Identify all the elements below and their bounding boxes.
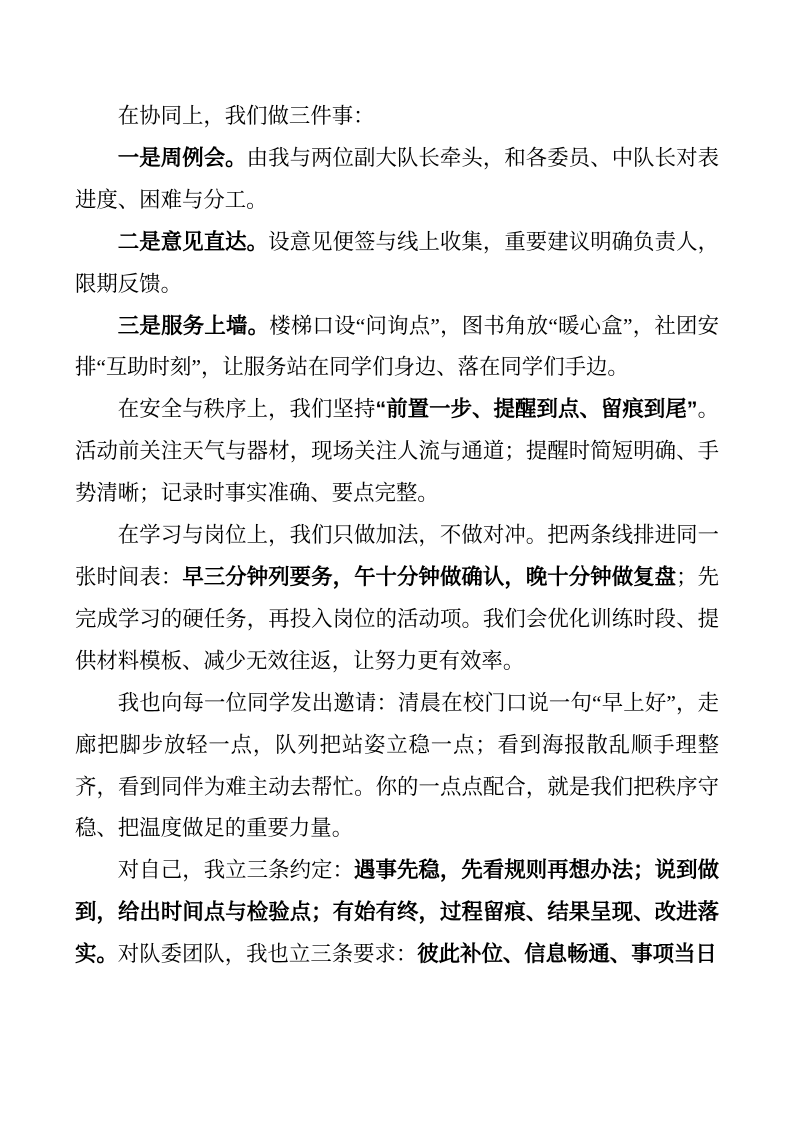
paragraph: 一是周例会。由我与两位副大队长牵头，和各委员、中队长对表进度、困难与分工。 (75, 138, 719, 222)
paragraph: 我也向每一位同学发出邀请：清晨在校门口说一句“早上好”，走廊把脚步放轻一点，队列… (75, 683, 719, 851)
text-run: 对自己，我立三条约定： (118, 858, 354, 882)
paragraph: 在安全与秩序上，我们坚持“前置一步、提醒到点、留痕到尾”。活动前关注天气与器材，… (75, 389, 719, 515)
paragraph: 三是服务上墙。楼梯口设“问询点”，图书角放“暖心盒”，社团安排“互助时刻”，让服… (75, 306, 719, 390)
paragraph: 在学习与岗位上，我们只做加法，不做对冲。把两条线排进同一张时间表：早三分钟列要务… (75, 515, 719, 683)
bold-text-run: 一是周例会。 (118, 146, 247, 170)
text-run: 在安全与秩序上，我们坚持 (118, 397, 376, 421)
document-page: 在协同上，我们做三件事：一是周例会。由我与两位副大队长牵头，和各委员、中队长对表… (0, 0, 793, 1122)
paragraph: 对自己，我立三条约定：遇事先稳，先看规则再想办法；说到做到，给出时间点与检验点；… (75, 850, 719, 976)
bold-text-run: 二是意见直达。 (118, 230, 268, 254)
text-run: 对队委团队，我也立三条要求： (118, 942, 417, 966)
paragraph: 在协同上，我们做三件事： (75, 96, 719, 138)
text-run: 我也向每一位同学发出邀请：清晨在校门口说一句“早上好”，走廊把脚步放轻一点，队列… (75, 691, 719, 841)
document-body: 在协同上，我们做三件事：一是周例会。由我与两位副大队长牵头，和各委员、中队长对表… (75, 96, 719, 976)
text-run: 在协同上，我们做三件事： (118, 104, 375, 128)
bold-text-run: “前置一步、提醒到点、留痕到尾” (375, 397, 697, 421)
bold-text-run: 三是服务上墙。 (118, 314, 269, 338)
paragraph: 二是意见直达。设意见便签与线上收集，重要建议明确负责人，限期反馈。 (75, 222, 719, 306)
bold-text-run: 早三分钟列要务，午十分钟做确认，晚十分钟做复盘 (182, 565, 676, 589)
bold-text-run: 彼此补位、信息畅通、事项当日 (417, 942, 716, 966)
